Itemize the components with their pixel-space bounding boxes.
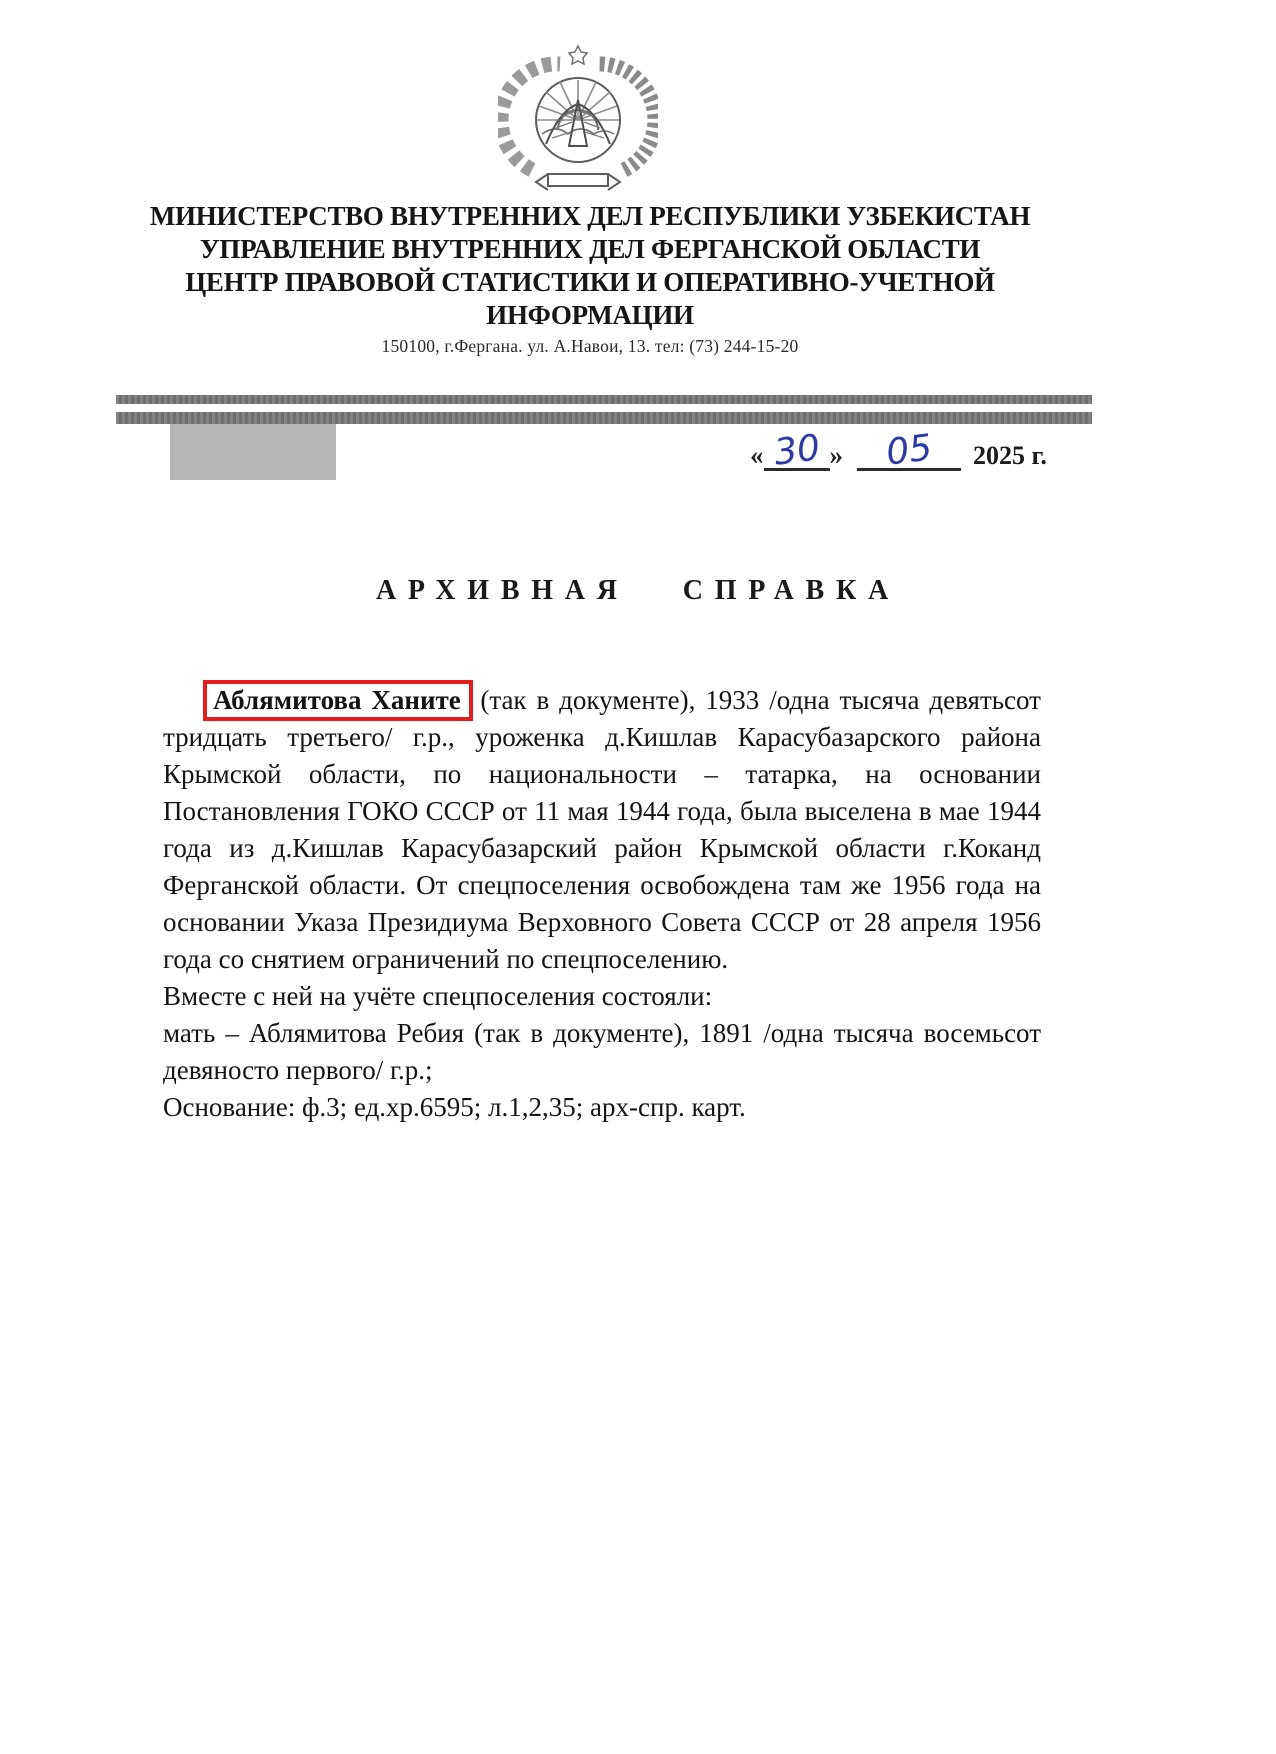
handwritten-month: 05 bbox=[884, 427, 934, 473]
department-name: УПРАВЛЕНИЕ ВНУТРЕННИХ ДЕЛ ФЕРГАНСКОЙ ОБЛ… bbox=[110, 233, 1070, 266]
document-title: АРХИВНАЯСПРАВКА bbox=[0, 575, 1276, 607]
center-name-line1: ЦЕНТР ПРАВОВОЙ СТАТИСТИКИ И ОПЕРАТИВНО-У… bbox=[110, 266, 1070, 299]
certificate-body: Аблямитова Ханите(так в документе), 1933… bbox=[163, 682, 1041, 1126]
letterhead: МИНИСТЕРСТВО ВНУТРЕННИХ ДЕЛ РЕСПУБЛИКИ У… bbox=[110, 200, 1070, 357]
subject-name-highlighted: Аблямитова Ханите bbox=[203, 680, 473, 721]
date-close-quote: » bbox=[830, 440, 844, 470]
handwritten-day: 30 bbox=[772, 427, 822, 473]
ministry-name: МИНИСТЕРСТВО ВНУТРЕННИХ ДЕЛ РЕСПУБЛИКИ У… bbox=[110, 200, 1070, 233]
uzbekistan-emblem-icon bbox=[498, 42, 658, 192]
horizontal-rule-bottom bbox=[116, 412, 1092, 424]
address-line: 150100, г.Фергана. ул. А.Навои, 13. тел:… bbox=[110, 336, 1070, 357]
date-year: 2025 г. bbox=[973, 441, 1047, 470]
date-line: «30»052025 г. bbox=[750, 428, 1070, 471]
mother-line: мать – Аблямитова Ребия (так в документе… bbox=[163, 1015, 1041, 1089]
main-paragraph: Аблямитова Ханите(так в документе), 1933… bbox=[163, 682, 1041, 978]
together-line: Вместе с ней на учёте спецпоселения сост… bbox=[163, 978, 1041, 1015]
title-word-2: СПРАВКА bbox=[683, 575, 900, 606]
basis-line: Основание: ф.3; ед.хр.6595; л.1,2,35; ар… bbox=[163, 1089, 1041, 1126]
archival-certificate-page: МИНИСТЕРСТВО ВНУТРЕННИХ ДЕЛ РЕСПУБЛИКИ У… bbox=[0, 0, 1276, 1754]
redaction-block bbox=[170, 424, 336, 480]
date-month-slot: 05 bbox=[857, 428, 961, 471]
main-paragraph-text: (так в документе), 1933 /одна тысяча дев… bbox=[163, 685, 1041, 974]
title-word-1: АРХИВНАЯ bbox=[376, 575, 629, 606]
horizontal-rule-top bbox=[116, 395, 1092, 404]
center-name-line2: ИНФОРМАЦИИ bbox=[110, 299, 1070, 332]
date-open-quote: « bbox=[750, 440, 764, 470]
date-day-slot: 30 bbox=[764, 428, 830, 471]
